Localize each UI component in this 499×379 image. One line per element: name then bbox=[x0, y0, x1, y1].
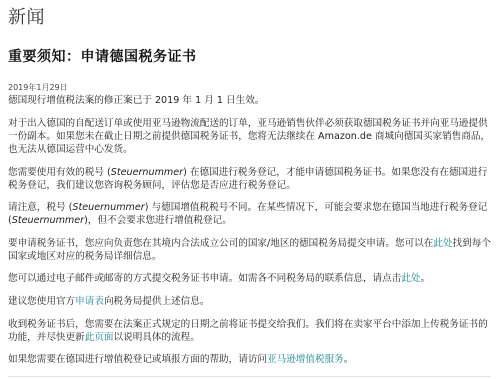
article-date: 2019年1月29日 bbox=[8, 82, 68, 93]
paragraph-effective-date: 德国现行增值税法案的修正案已于 2019 年 1 月 1 日生效。 bbox=[8, 94, 492, 107]
tax-office-link[interactable]: 此处 bbox=[433, 238, 452, 249]
term-steuernummer: Steuernummer bbox=[72, 202, 144, 213]
section-title: 新闻 bbox=[8, 3, 45, 29]
paragraph-after-receipt: 收到税务证书后，您需要在法案正式规定的日期之前将证书提交给我们。我们将在卖家平台… bbox=[8, 318, 492, 344]
this-page-link[interactable]: 此页面 bbox=[85, 332, 114, 343]
divider bbox=[8, 376, 491, 377]
article-title: 重要须知：申请德国税务证书 bbox=[8, 46, 197, 66]
paragraph-help: 如果您需要在德国进行增值税登记或填报方面的帮助，请访问亚马逊增值税服务。 bbox=[8, 353, 492, 366]
paragraph-tax-number: 您需要使用有效的税号 (Steuernummer) 在德国进行税务登记，才能申请… bbox=[8, 166, 492, 192]
paragraph-requirement: 对于出入德国的自配送订单或使用亚马逊物流配送的订单，亚马逊销售伙伴必须获取德国税… bbox=[8, 117, 492, 156]
paragraph-apply: 要申请税务证书，您应向负责您在其境内合法成立公司的国家/地区的德国税务局提交申请… bbox=[8, 237, 492, 263]
paragraph-submit: 您可以通过电子邮件或邮寄的方式提交税务证书申请。如需各不同税务局的联系信息，请点… bbox=[8, 272, 492, 285]
vat-services-link[interactable]: 亚马逊增值税服务 bbox=[267, 354, 344, 365]
term-steuernummer: Steuernummer bbox=[12, 215, 84, 226]
news-page: 新闻 重要须知：申请德国税务证书 2019年1月29日 德国现行增值税法案的修正… bbox=[0, 0, 499, 379]
term-steuernummer: Steuernummer bbox=[111, 167, 183, 178]
paragraph-form: 建议您使用官方申请表向税务局提供上述信息。 bbox=[8, 295, 492, 308]
application-form-link[interactable]: 申请表 bbox=[75, 296, 104, 307]
paragraph-note: 请注意，税号 (Steuernummer) 与德国增值税税号不同。在某些情况下，… bbox=[8, 201, 492, 227]
contact-info-link[interactable]: 此处 bbox=[401, 273, 420, 284]
